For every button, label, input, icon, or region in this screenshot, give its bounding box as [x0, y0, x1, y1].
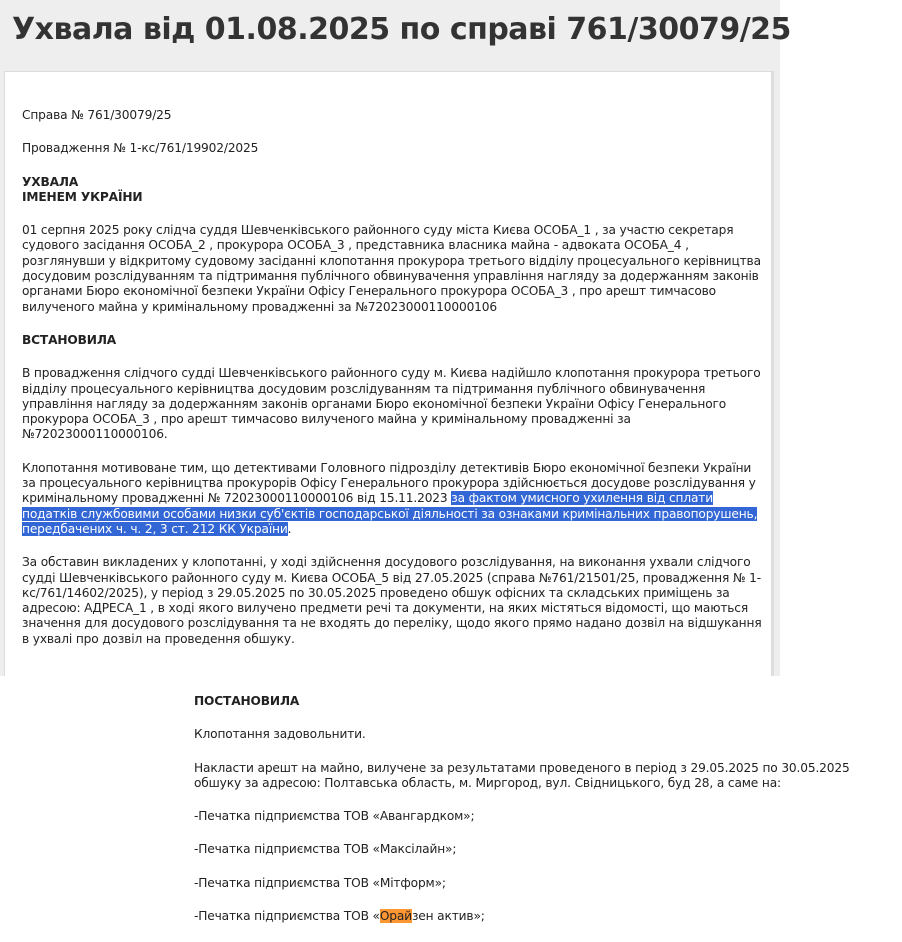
ruling-heading: УХВАЛА ІМЕНЕМ УКРАЇНИ — [22, 175, 764, 206]
motivation-paragraph: Клопотання мотивоване тим, що детективам… — [22, 461, 764, 537]
heading-name-of-ukraine: ІМЕНЕМ УКРАЇНИ — [22, 190, 142, 204]
motivation-end: . — [288, 522, 292, 536]
proceeding-number: Провадження № 1-кс/761/19902/2025 — [22, 141, 764, 156]
case-number: Справа № 761/30079/25 — [22, 108, 764, 123]
list-item-text: -Печатка підприємства ТОВ « — [194, 909, 380, 923]
intro-paragraph: 01 серпня 2025 року слідча суддя Шевченк… — [22, 223, 764, 315]
document-body: Справа № 761/30079/25 Провадження № 1-кс… — [22, 108, 764, 665]
arrest-paragraph: Накласти арешт на майно, вилучене за рез… — [194, 761, 894, 792]
established-paragraph: В провадження слідчого судді Шевченківсь… — [22, 366, 764, 442]
list-item-text-end: зен актив»; — [412, 909, 485, 923]
page-title: Ухвала від 01.08.2025 по справі 761/3007… — [12, 12, 791, 47]
resolution-grant: Клопотання задовольнити. — [194, 727, 894, 742]
list-item: -Печатка підприємства ТОВ «Орайзен актив… — [194, 909, 894, 924]
list-item: -Печатка підприємства ТОВ «Мітформ»; — [194, 876, 894, 891]
heading-ruling: УХВАЛА — [22, 175, 78, 189]
circumstances-paragraph: За обставин викладених у клопотанні, у х… — [22, 555, 764, 647]
document-card: Справа № 761/30079/25 Провадження № 1-кс… — [4, 71, 774, 676]
resolution-section: ПОСТАНОВИЛА Клопотання задовольнити. Нак… — [194, 694, 894, 942]
established-heading: ВСТАНОВИЛА — [22, 333, 764, 348]
search-highlight: Орай — [380, 909, 412, 923]
list-item: -Печатка підприємства ТОВ «Максілайн»; — [194, 842, 894, 857]
resolution-heading: ПОСТАНОВИЛА — [194, 694, 894, 709]
list-item: -Печатка підприємства ТОВ «Авангардком»; — [194, 809, 894, 824]
